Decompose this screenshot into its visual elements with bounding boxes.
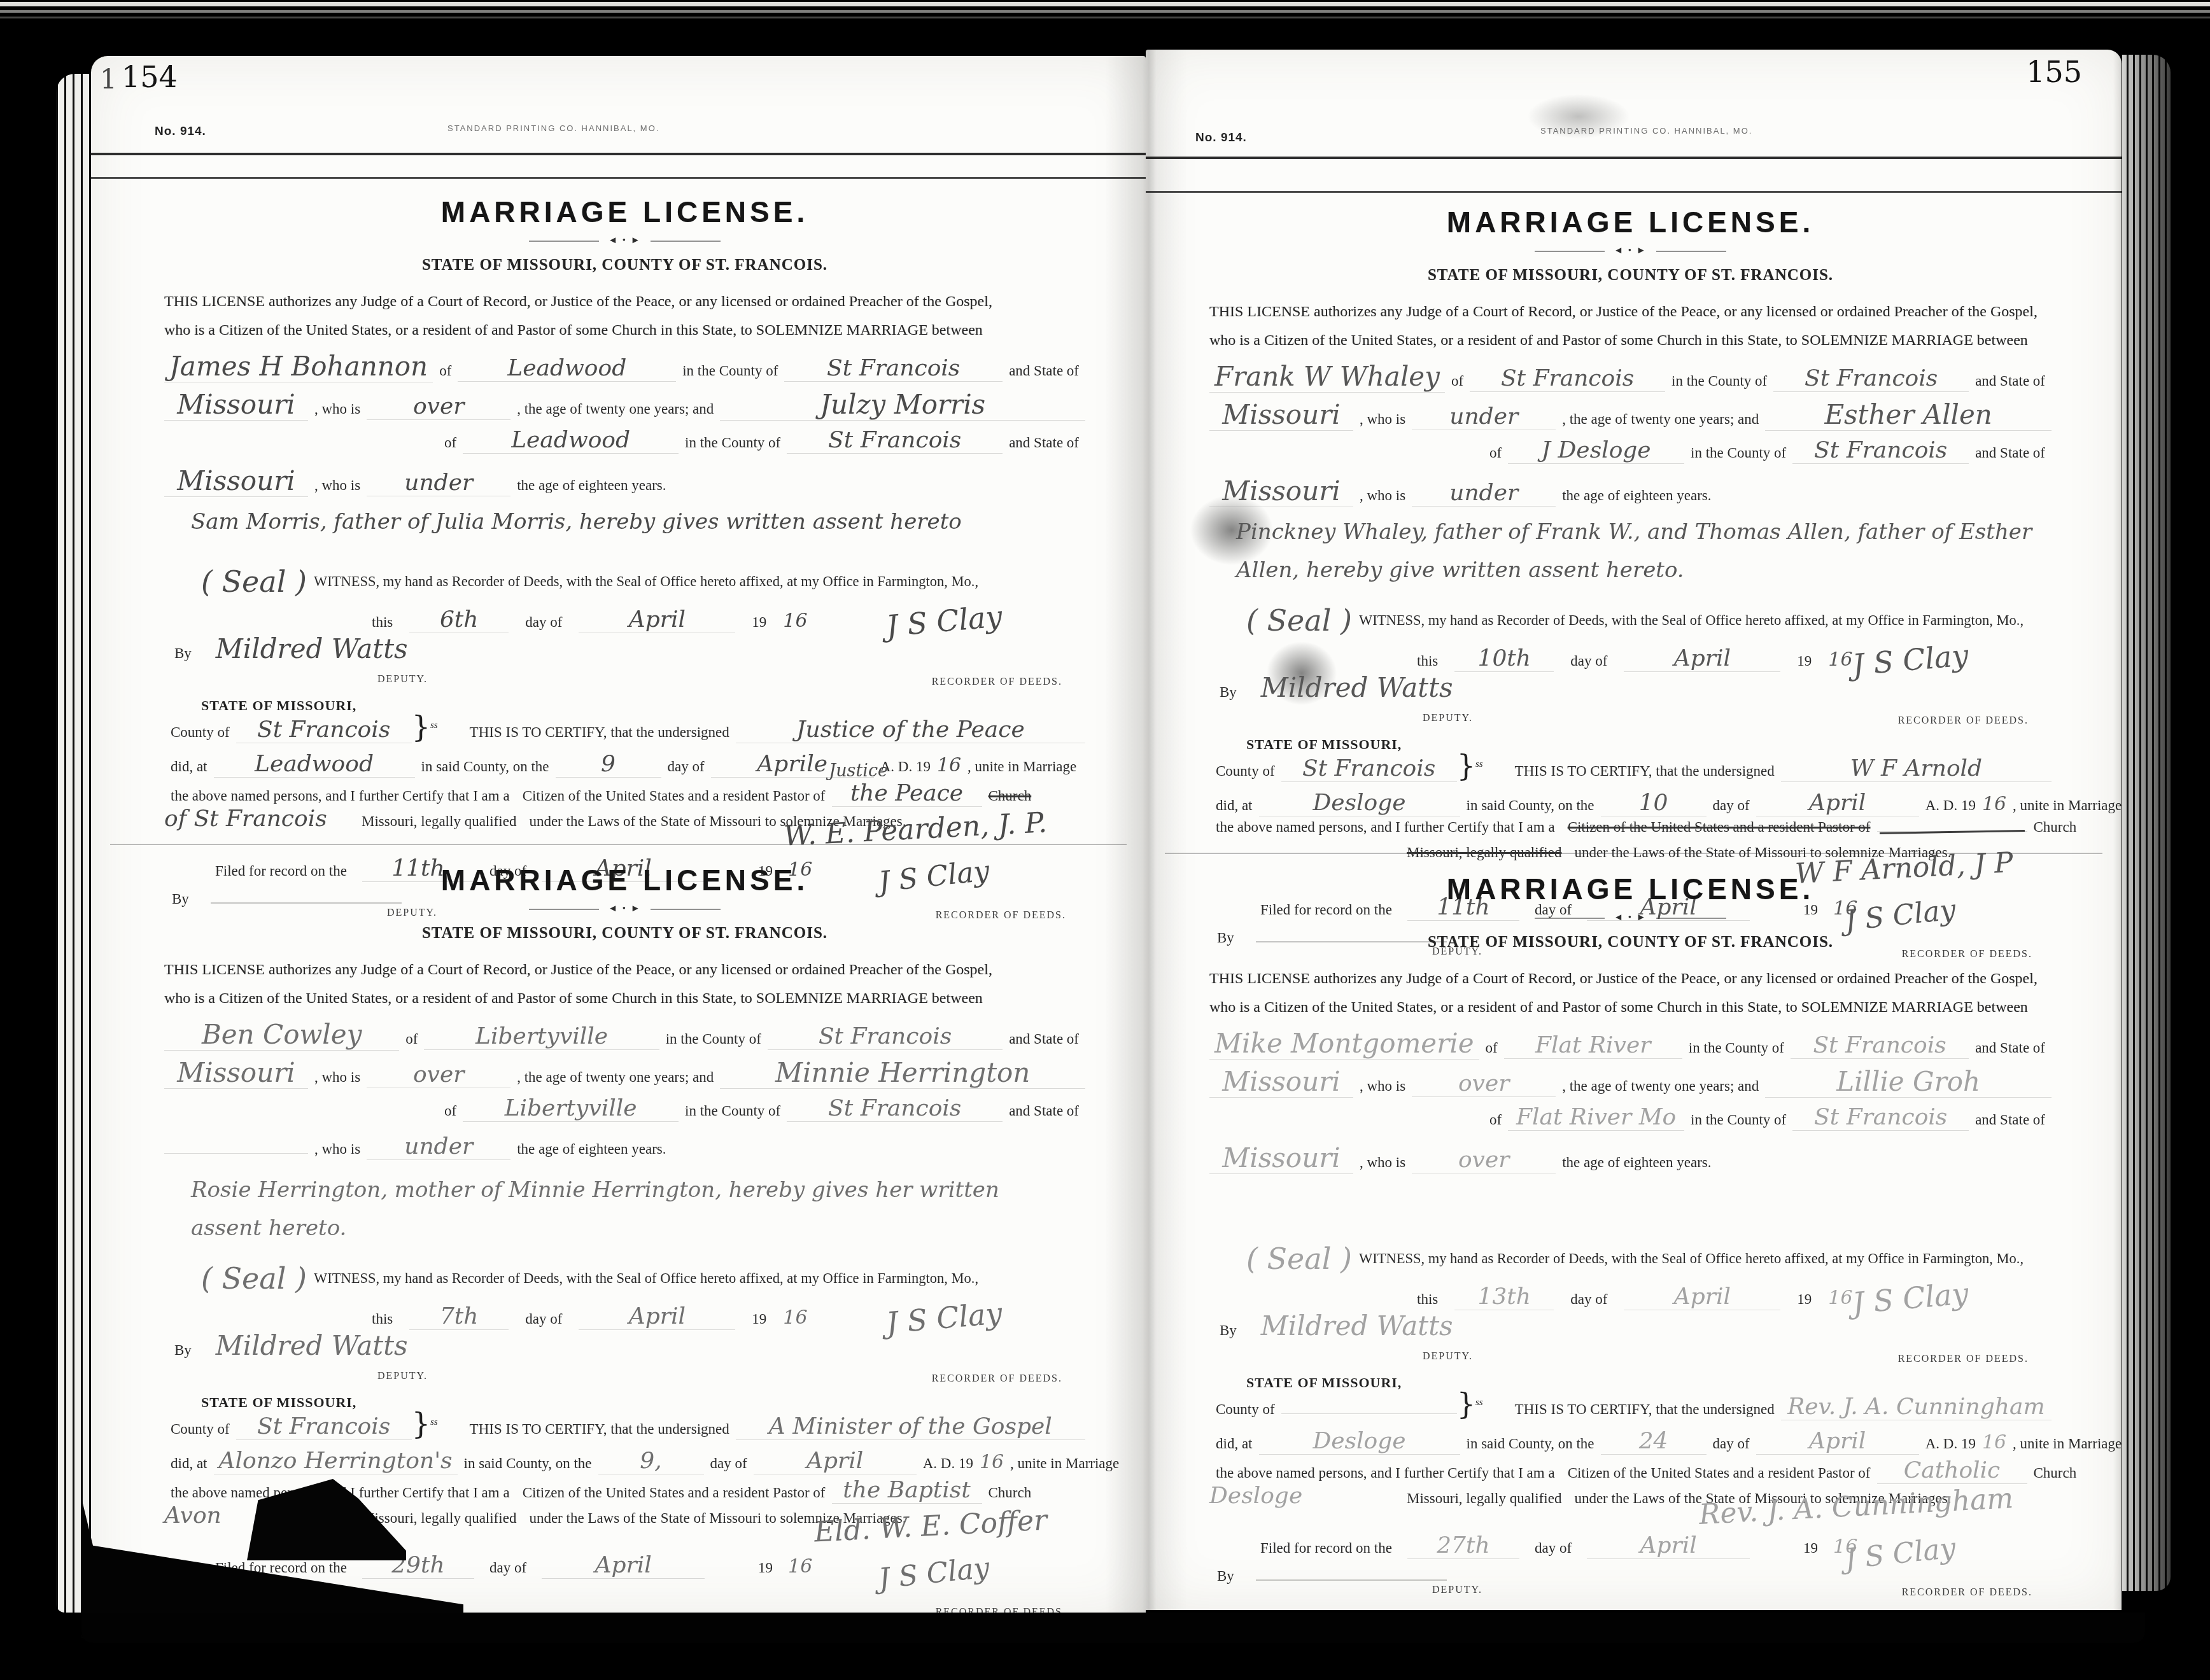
county-of-label: County of <box>164 724 236 741</box>
cert-year-field: 16 <box>1982 793 2006 815</box>
undersigned-field: A Minister of the Gospel <box>736 1413 1085 1440</box>
certify-line: County of St Francois } ss THIS IS TO CE… <box>1209 754 2052 782</box>
certify-line: County of St Francois } ss THIS IS TO CE… <box>164 715 1085 743</box>
scan-streak <box>0 2 2210 6</box>
witness-clause: WITNESS, my hand as Recorder of Deeds, w… <box>1359 1250 2052 1267</box>
title-ornament: ◄ • ► <box>164 235 1085 246</box>
state-county-heading: STATE OF MISSOURI, COUNTY OF ST. FRANCOI… <box>164 925 1085 942</box>
page-number-right: 155 <box>2026 55 2082 89</box>
pastor-church-field <box>1877 831 2027 832</box>
in-county-of-label: in the County of <box>676 363 784 379</box>
witness-section: ( Seal ) WITNESS, my hand as Recorder of… <box>1209 1244 2052 1375</box>
of-label: of <box>433 363 458 379</box>
bride-age-field: under <box>1412 480 1556 507</box>
unite-label: , unite in Marriage <box>961 759 1083 775</box>
day-of-label: day of <box>661 759 711 775</box>
and-state-of-label: and State of <box>1969 1040 2052 1056</box>
who-is-label: , who is <box>1353 1154 1412 1171</box>
county-of-label: County of <box>1209 763 1281 780</box>
citizen-clause-a: the above named persons, and I further C… <box>164 788 516 804</box>
parental-consent-note: Rosie Herrington, mother of Minnie Herri… <box>191 1172 1006 1247</box>
citizen-line: the above named persons, and I further C… <box>1209 819 2052 836</box>
age-21-label: , the age of twenty one years; and <box>1556 1078 1765 1095</box>
pastor-church-field: the Baptist <box>832 1477 982 1504</box>
who-is-label: , who is <box>308 1141 367 1158</box>
groom-county-field: St Francois <box>768 1023 1003 1050</box>
groom-age-line: Missouri , who is over , the age of twen… <box>164 1057 1085 1089</box>
deputy-label: DEPUTY. <box>377 1371 428 1382</box>
age-21-label: , the age of twenty one years; and <box>510 1069 720 1086</box>
license-slot-1: MARRIAGE LICENSE. ◄ • ► STATE OF MISSOUR… <box>91 195 1146 930</box>
groom-state-field: Missouri <box>164 389 308 421</box>
deputy-by-line: By Mildred Watts <box>1213 1310 1453 1341</box>
form-number: No. 914. <box>155 125 206 139</box>
groom-name-field: Frank W Whaley <box>1209 361 1445 393</box>
and-state-of-label: and State of <box>1003 363 1085 379</box>
seal-mark: ( Seal ) <box>1246 603 1352 638</box>
who-is-label: , who is <box>1353 1078 1412 1095</box>
pastor-church-field: the Peace <box>832 780 982 807</box>
and-state-of-label: and State of <box>1969 445 2052 461</box>
marriage-place-field: Desloge <box>1259 1428 1460 1455</box>
day-of-label: day of <box>474 1560 542 1576</box>
of-label: of <box>438 1103 463 1119</box>
parental-consent-note: Sam Morris, father of Julia Morris, here… <box>191 503 1006 550</box>
witness-date-line: this 6th day of April 19 16 <box>355 606 808 633</box>
ornament-line-left <box>529 909 599 910</box>
witness-day-field: 10th <box>1454 645 1554 672</box>
and-state-of-label: and State of <box>1003 435 1085 451</box>
certify-clause: THIS IS TO CERTIFY, that the undersigned <box>463 1421 736 1438</box>
book-bottom-shadow <box>81 1613 2145 1643</box>
page-155: 155 No. 914. STANDARD PRINTING CO. HANNI… <box>1146 50 2122 1610</box>
age-21-label: , the age of twenty one years; and <box>510 401 720 417</box>
groom-name-field: Mike Montgomerie <box>1209 1028 1479 1060</box>
bride-state-field: Missouri <box>1209 1142 1353 1174</box>
cert-county-field: St Francois <box>236 1413 412 1440</box>
qualified-clause-a: Missouri, legally qualified <box>1400 1490 1568 1507</box>
filed-month-field: April <box>542 1552 705 1579</box>
groom-line: Frank W Whaley of St Francois in the Cou… <box>1209 361 2052 393</box>
ornament-line-left <box>1535 918 1605 919</box>
witness-day-field: 6th <box>409 606 509 633</box>
bride-age-field: under <box>367 470 510 496</box>
deputy-by-line: By Mildred Watts <box>1213 672 1453 703</box>
groom-line: Mike Montgomerie of Flat River in the Co… <box>1209 1028 2052 1060</box>
groom-age-field: over <box>1412 1070 1556 1097</box>
form-divider <box>110 844 1127 845</box>
witness-clause: WITNESS, my hand as Recorder of Deeds, w… <box>1359 612 2052 629</box>
marriage-license-form: MARRIAGE LICENSE. ◄ • ► STATE OF MISSOUR… <box>1209 205 2052 969</box>
groom-age-field: over <box>367 393 510 420</box>
top-rule <box>1146 191 2122 193</box>
recorder-signature: J S Clay <box>885 1296 1004 1340</box>
and-state-of-label: and State of <box>1003 1103 1085 1119</box>
did-at-label: did, at <box>1209 797 1259 814</box>
bride-county-field: St Francois <box>1792 437 1969 464</box>
title-ornament: ◄ • ► <box>1209 246 2052 256</box>
church-label: Church <box>2027 1465 2083 1481</box>
witness-day-field: 13th <box>1454 1284 1554 1310</box>
groom-place-field: St Francois <box>1470 365 1665 392</box>
deputy-signature: Mildred Watts <box>216 633 408 664</box>
bride-age-field: over <box>1412 1147 1556 1173</box>
ad-19-label: A. D. 19 <box>1919 1436 1982 1452</box>
groom-line: Ben Cowley of Libertyville in the County… <box>164 1019 1085 1051</box>
title-ornament: ◄ • ► <box>164 904 1085 914</box>
on-the-label: in said County, on the <box>1460 1436 1601 1452</box>
deputy-by-line: By Mildred Watts <box>168 1330 408 1361</box>
state-county-heading: STATE OF MISSOURI, COUNTY OF ST. FRANCOI… <box>164 256 1085 274</box>
cert-month-field: April <box>1756 1428 1919 1455</box>
ornament-arrows-icon: ◄ • ► <box>1614 913 1647 923</box>
ornament-arrows-icon: ◄ • ► <box>608 235 641 246</box>
deputy-by-line: By Mildred Watts <box>168 633 408 664</box>
recorder-of-deeds-label: RECORDER OF DEEDS. <box>932 676 1062 688</box>
of-label: of <box>1483 445 1508 461</box>
of-label: of <box>1445 373 1470 389</box>
bride-line: of Flat River Mo in the County of St Fra… <box>1209 1104 2052 1136</box>
witness-month-field: April <box>579 1303 735 1330</box>
ss-brace: } <box>412 1412 430 1436</box>
bride-line: of Libertyville in the County of St Fran… <box>164 1095 1085 1127</box>
license-intro-line-2: who is a Citizen of the United States, o… <box>164 322 1085 339</box>
recorder-of-deeds-label: RECORDER OF DEEDS. <box>932 1373 1062 1385</box>
this-label: this <box>355 1311 409 1327</box>
license-slot-3: MARRIAGE LICENSE. ◄ • ► STATE OF MISSOUR… <box>1146 205 2122 969</box>
parental-consent-note: Pinckney Whaley, father of Frank W., and… <box>1236 514 2051 589</box>
deputy-label: DEPUTY. <box>1423 1351 1473 1362</box>
church-label: Church <box>982 1485 1038 1501</box>
bride-age-line: Missouri , who is over the age of eighte… <box>1209 1142 2052 1174</box>
citizen-clause-a: the above named persons, and I further C… <box>1209 1465 1561 1481</box>
printer-line: STANDARD PRINTING CO. HANNIBAL, MO. <box>447 123 659 133</box>
undersigned-field: Justice of the Peace <box>736 717 1085 743</box>
ornament-line-right <box>1656 251 1726 252</box>
groom-place-field: Libertyville <box>424 1023 659 1050</box>
witness-month-field: April <box>1624 645 1780 672</box>
this-label: this <box>1400 1291 1454 1308</box>
this-label: this <box>355 614 409 631</box>
form-divider <box>1165 853 2102 854</box>
recorder-of-deeds-label: RECORDER OF DEEDS. <box>1898 715 2029 727</box>
groom-age-line: Missouri , who is over , the age of twen… <box>164 389 1085 421</box>
bride-name-field: Lillie Groh <box>1765 1066 2052 1098</box>
year-prefix-label: 19 <box>1780 1291 1828 1308</box>
cert-county-field: St Francois <box>236 717 412 743</box>
groom-line: James H Bohannon of Leadwood in the Coun… <box>164 351 1085 382</box>
form-title: MARRIAGE LICENSE. <box>1209 205 2052 239</box>
marriage-license-form: MARRIAGE LICENSE. ◄ • ► STATE OF MISSOUR… <box>164 195 1085 930</box>
ss-brace: } <box>1457 1392 1475 1416</box>
marriage-date-line: did, at Leadwood in said County, on the … <box>164 751 1085 778</box>
citizen-line: the above named persons, and I further C… <box>164 780 1085 807</box>
page-154: 154 1 No. 914. STANDARD PRINTING CO. HAN… <box>91 56 1146 1616</box>
ad-19-label: A. D. 19 <box>1919 797 1982 814</box>
county-of-label: County of <box>164 1421 236 1438</box>
page-edges-left <box>56 74 95 1613</box>
age-18-label: the age of eighteen years. <box>510 1141 672 1158</box>
by-label: By <box>168 1342 198 1359</box>
day-of-label: day of <box>1707 797 1756 814</box>
witness-month-field: April <box>579 606 735 633</box>
ornament-arrows-icon: ◄ • ► <box>1614 246 1647 256</box>
undersigned-field: W F Arnold <box>1781 755 2052 782</box>
ornament-line-left <box>529 241 599 242</box>
ss-brace: } <box>1457 754 1475 778</box>
page-number-left: 154 <box>122 60 178 94</box>
license-intro-line-1: THIS LICENSE authorizes any Judge of a C… <box>164 962 1085 979</box>
certification-section: STATE OF MISSOURI, County of St Francois… <box>1209 736 2052 888</box>
filed-section: Filed for record on the 27th day of Apri… <box>1209 1526 2052 1607</box>
certification-section: STATE OF MISSOURI, County of } ss THIS I… <box>1209 1375 2052 1526</box>
who-is-label: , who is <box>1353 411 1412 428</box>
marriage-date-line: did, at Alonzo Herrington's in said Coun… <box>164 1448 1085 1474</box>
pastor-church-field: Catholic <box>1877 1457 2027 1484</box>
parental-consent-note <box>1236 1180 2051 1228</box>
day-of-label: day of <box>1519 1540 1587 1557</box>
witness-day-field: 7th <box>409 1303 509 1330</box>
cert-day-field: 10 <box>1601 790 1707 816</box>
justice-note: Justice <box>829 761 888 781</box>
ss-brace: } <box>412 715 430 739</box>
bride-age-field: under <box>367 1133 510 1160</box>
state-of-missouri-label: STATE OF MISSOURI, <box>1246 1375 1402 1391</box>
bride-line: of J Desloge in the County of St Francoi… <box>1209 437 2052 469</box>
seal-mark: ( Seal ) <box>1246 1242 1352 1276</box>
deputy-label: DEPUTY. <box>1423 713 1473 724</box>
ss-label: ss <box>430 1417 438 1428</box>
by-label: By <box>1213 1322 1243 1339</box>
filed-label: Filed for record on the <box>1245 1540 1407 1557</box>
of-label: of <box>399 1031 424 1047</box>
deputy-underline <box>1256 1579 1447 1581</box>
in-county-of-label: in the County of <box>1682 1040 1791 1056</box>
top-rule <box>1146 157 2122 159</box>
groom-age-line: Missouri , who is over , the age of twen… <box>1209 1066 2052 1098</box>
marriage-date-line: did, at Desloge in said County, on the 2… <box>1209 1428 2052 1455</box>
who-is-label: , who is <box>308 401 367 417</box>
license-intro-line-2: who is a Citizen of the United States, o… <box>1209 332 2052 349</box>
bride-age-line: Missouri , who is under the age of eight… <box>164 465 1085 497</box>
witness-clause: WITNESS, my hand as Recorder of Deeds, w… <box>314 573 1085 590</box>
ornament-line-right <box>651 241 721 242</box>
ornament-line-right <box>651 909 721 910</box>
form-number: No. 914. <box>1195 131 1247 145</box>
ornament-arrows-icon: ◄ • ► <box>608 904 641 914</box>
scanned-record-book: 154 1 No. 914. STANDARD PRINTING CO. HAN… <box>0 0 2210 1680</box>
on-the-label: in said County, on the <box>415 759 556 775</box>
certify-clause: THIS IS TO CERTIFY, that the undersigned <box>463 724 736 741</box>
form-title: MARRIAGE LICENSE. <box>164 195 1085 229</box>
groom-state-field: Missouri <box>1209 1066 1353 1098</box>
open-book-spread: 154 1 No. 914. STANDARD PRINTING CO. HAN… <box>56 45 2171 1635</box>
witness-date-line: this 7th day of April 19 16 <box>355 1303 808 1330</box>
did-at-label: did, at <box>164 759 214 775</box>
cert-county-field: St Francois <box>1281 755 1457 782</box>
bride-age-line: Missouri , who is under the age of eight… <box>1209 475 2052 507</box>
deputy-signature: Mildred Watts <box>216 1330 408 1361</box>
groom-age-field: under <box>1412 403 1556 430</box>
who-is-label: , who is <box>1353 487 1412 504</box>
filed-by-line: By <box>1211 1568 1447 1585</box>
on-the-label: in said County, on the <box>458 1455 598 1472</box>
bride-place-field: J Desloge <box>1508 437 1684 464</box>
and-state-of-label: and State of <box>1969 1112 2052 1128</box>
witness-month-field: April <box>1624 1284 1780 1310</box>
deputy-label: DEPUTY. <box>1432 1585 1482 1596</box>
witness-date-line: this 10th day of April 19 16 <box>1400 645 1853 672</box>
certify-line: County of St Francois } ss THIS IS TO CE… <box>164 1412 1085 1440</box>
citizen-clause-a: the above named persons, and I further C… <box>1209 819 1561 836</box>
cert-month-field: April <box>754 1448 917 1474</box>
license-intro-line-1: THIS LICENSE authorizes any Judge of a C… <box>164 293 1085 311</box>
year-prefix-label: 19 <box>743 1560 788 1576</box>
groom-name-field: James H Bohannon <box>164 351 433 382</box>
certify-line: County of } ss THIS IS TO CERTIFY, that … <box>1209 1392 2052 1420</box>
bride-age-line: , who is under the age of eighteen years… <box>164 1133 1085 1165</box>
church-label: Church <box>2027 819 2083 836</box>
recorder-of-deeds-label: RECORDER OF DEEDS. <box>1902 1587 2032 1599</box>
witness-section: ( Seal ) WITNESS, my hand as Recorder of… <box>1209 606 2052 736</box>
did-at-label: did, at <box>1209 1436 1259 1452</box>
in-county-of-label: in the County of <box>1684 1112 1792 1128</box>
recorder-of-deeds-label: RECORDER OF DEEDS. <box>1898 1354 2029 1365</box>
groom-place-field: Flat River <box>1504 1032 1682 1059</box>
form-title: MARRIAGE LICENSE. <box>1209 872 2052 906</box>
of-label: of <box>1483 1112 1508 1128</box>
church-label: Church <box>982 788 1038 804</box>
deputy-signature: Mildred Watts <box>1261 1310 1453 1341</box>
who-is-label: , who is <box>308 1069 367 1086</box>
this-label: this <box>1400 653 1454 669</box>
bride-place-field: Flat River Mo <box>1508 1104 1684 1131</box>
cert-day-field: 24 <box>1601 1428 1707 1455</box>
age-18-label: the age of eighteen years. <box>1556 1154 1717 1171</box>
groom-place-field: Leadwood <box>458 355 676 382</box>
certification-section: STATE OF MISSOURI, County of St Francois… <box>164 697 1085 849</box>
witness-year-field: 16 <box>783 1306 807 1329</box>
bride-name-field: Julzy Morris <box>720 389 1085 421</box>
scan-streak <box>0 17 2210 18</box>
top-rule <box>91 177 1146 179</box>
qualified-clause-a: Missouri, legally qualified <box>355 813 523 830</box>
bride-county-field: St Francois <box>1792 1104 1969 1131</box>
deputy-label: DEPUTY. <box>377 674 428 685</box>
marriage-place-field: Desloge <box>1259 790 1460 816</box>
ss-label: ss <box>1475 1397 1483 1408</box>
and-state-of-label: and State of <box>1969 373 2052 389</box>
license-slot-4: MARRIAGE LICENSE. ◄ • ► STATE OF MISSOUR… <box>1146 872 2122 1607</box>
groom-county-field: St Francois <box>1791 1032 1969 1059</box>
church-place-field: of St Francois <box>164 806 355 832</box>
filed-line: Filed for record on the 27th day of Apri… <box>1245 1532 1857 1559</box>
state-of-missouri-label: STATE OF MISSOURI, <box>1246 736 1402 753</box>
filed-year-field: 16 <box>788 1555 812 1578</box>
cert-county-field <box>1281 1413 1457 1414</box>
bride-line: of Leadwood in the County of St Francois… <box>164 427 1085 459</box>
day-of-label: day of <box>704 1455 754 1472</box>
in-county-of-label: in the County of <box>1665 373 1773 389</box>
recorder-signature: J S Clay <box>885 599 1004 643</box>
year-prefix-label: 19 <box>1788 1540 1833 1557</box>
seal-mark: ( Seal ) <box>201 564 307 599</box>
unite-label: , unite in Marriage <box>2006 1436 2128 1452</box>
ornament-line-right <box>1656 918 1726 919</box>
year-prefix-label: 19 <box>1780 653 1828 669</box>
marriage-license-form: MARRIAGE LICENSE. ◄ • ► STATE OF MISSOUR… <box>1209 872 2052 1607</box>
marriage-place-field: Alonzo Herrington's <box>214 1448 458 1474</box>
and-state-of-label: and State of <box>1003 1031 1085 1047</box>
marriage-date-line: did, at Desloge in said County, on the 1… <box>1209 790 2052 816</box>
license-intro-line-2: who is a Citizen of the United States, o… <box>164 990 1085 1007</box>
license-intro-line-1: THIS LICENSE authorizes any Judge of a C… <box>1209 304 2052 321</box>
filed-recorder-signature: J S Clay <box>1843 1532 1957 1576</box>
of-label: of <box>438 435 463 451</box>
bride-place-field: Leadwood <box>463 427 679 454</box>
license-intro-line-1: THIS LICENSE authorizes any Judge of a C… <box>1209 970 2052 988</box>
bride-state-field: Missouri <box>1209 475 1353 507</box>
cert-day-field: 9 <box>556 751 661 778</box>
license-intro-line-2: who is a Citizen of the United States, o… <box>1209 999 2052 1016</box>
witness-year-field: 16 <box>1828 1287 1852 1309</box>
state-county-heading: STATE OF MISSOURI, COUNTY OF ST. FRANCOI… <box>1209 934 2052 951</box>
citizen-clause-b: Citizen of the United States and a resid… <box>516 788 832 804</box>
year-prefix-label: 19 <box>735 1311 783 1327</box>
bride-state-field <box>164 1153 308 1154</box>
ss-label: ss <box>1475 759 1483 770</box>
filed-recorder-signature: J S Clay <box>877 1551 991 1595</box>
groom-age-field: over <box>367 1061 510 1088</box>
state-of-missouri-label: STATE OF MISSOURI, <box>201 697 356 714</box>
who-is-label: , who is <box>308 477 367 494</box>
state-county-heading: STATE OF MISSOURI, COUNTY OF ST. FRANCOI… <box>1209 267 2052 284</box>
citizen-clause-b: Citizen of the United States and a resid… <box>516 1485 832 1501</box>
citizen-clause-b: Citizen of the United States and a resid… <box>1561 1465 1877 1481</box>
scan-streak <box>0 10 2210 13</box>
did-at-label: did, at <box>164 1455 214 1472</box>
day-of-label: day of <box>509 1311 579 1327</box>
cert-year-field: 16 <box>937 754 961 776</box>
witness-section: ( Seal ) WITNESS, my hand as Recorder of… <box>164 1264 1085 1394</box>
unite-label: , unite in Marriage <box>1004 1455 1125 1472</box>
age-18-label: the age of eighteen years. <box>510 477 672 494</box>
in-county-of-label: in the County of <box>659 1031 768 1047</box>
recorder-signature: J S Clay <box>1851 1276 1970 1320</box>
of-label: of <box>1479 1040 1504 1056</box>
bride-name-field: Esther Allen <box>1765 399 2052 431</box>
year-prefix-label: 19 <box>735 614 783 631</box>
in-county-of-label: in the County of <box>1684 445 1792 461</box>
ink-smudge <box>1528 94 1629 139</box>
groom-state-field: Missouri <box>1209 399 1353 431</box>
witness-section: ( Seal ) WITNESS, my hand as Recorder of… <box>164 567 1085 697</box>
ornament-line-left <box>1535 251 1605 252</box>
day-of-label: day of <box>1554 653 1624 669</box>
undersigned-field: Rev. J. A. Cunningham <box>1781 1394 2052 1420</box>
bride-county-field: St Francois <box>787 427 1003 454</box>
groom-county-field: St Francois <box>784 355 1003 382</box>
day-of-label: day of <box>1554 1291 1624 1308</box>
by-label: By <box>168 645 198 662</box>
cert-month-field: April <box>1756 790 1919 816</box>
ad-19-label: A. D. 19 <box>917 1455 980 1472</box>
form-title: MARRIAGE LICENSE. <box>164 863 1085 897</box>
certify-clause: THIS IS TO CERTIFY, that the undersigned <box>1509 1401 1781 1418</box>
day-of-label: day of <box>1707 1436 1756 1452</box>
title-ornament: ◄ • ► <box>1209 913 2052 923</box>
filed-month-field: April <box>1587 1532 1750 1559</box>
